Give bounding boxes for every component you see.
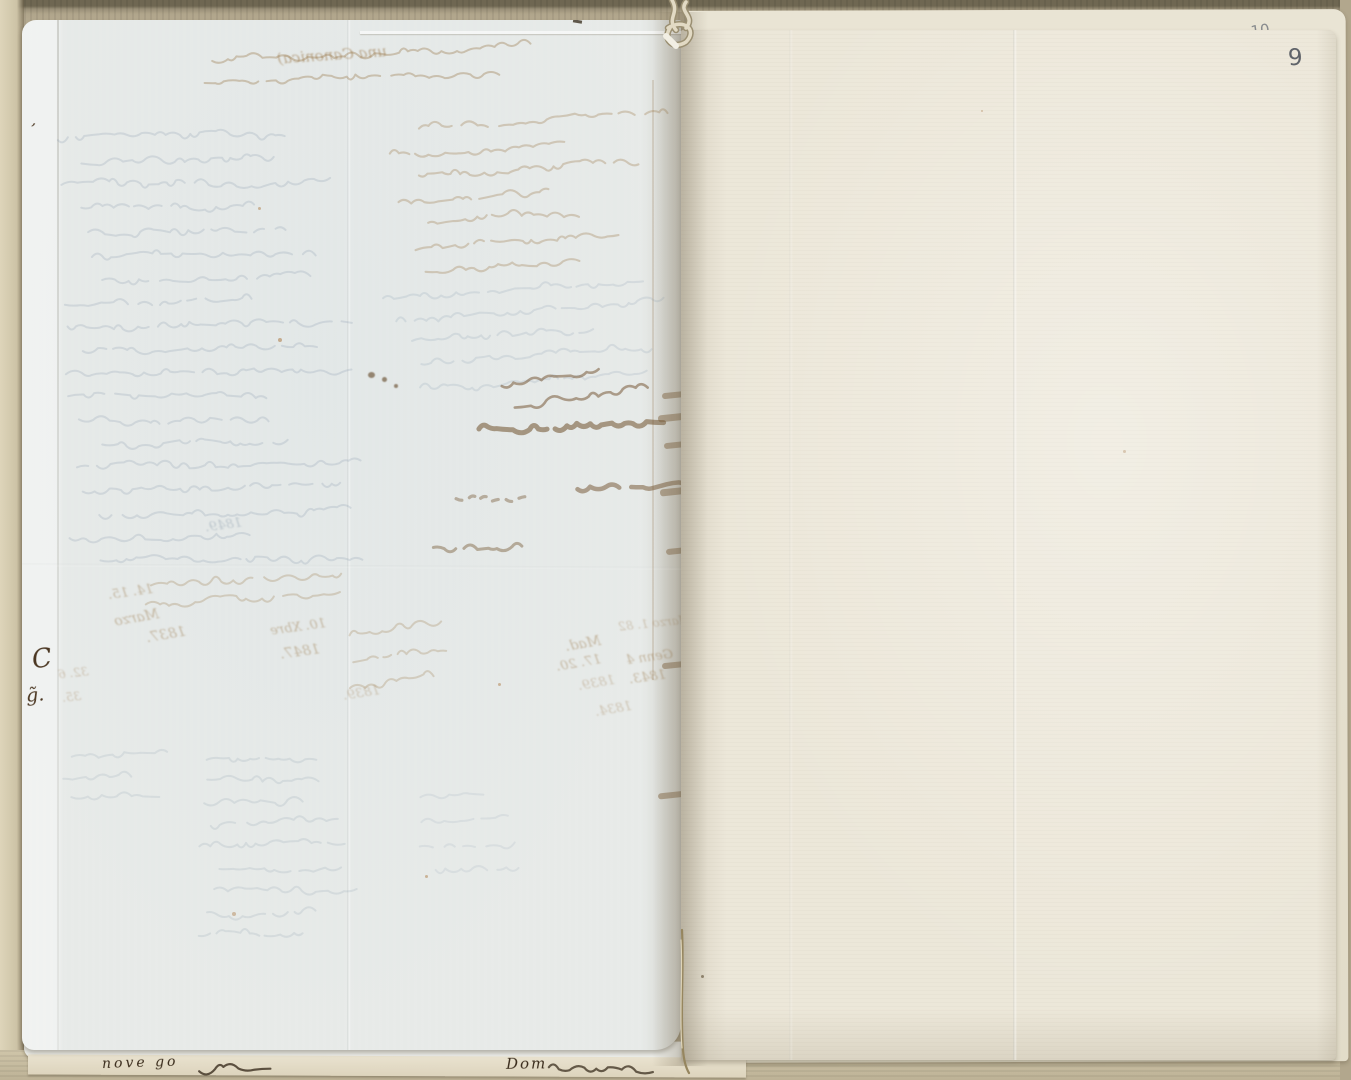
fold-smudge (658, 790, 681, 799)
foxing-spot (425, 875, 428, 878)
left-page: una Canonica) 1849. 14. 15. Marzo 1837. … (22, 20, 681, 1050)
under-sheet-script-sliver: nove go Dom (28, 1054, 746, 1077)
margin-ink-c-mark: C (30, 643, 54, 675)
foxing-spot (981, 110, 983, 112)
ink-blot (382, 377, 387, 382)
book-edge-left (0, 0, 24, 1080)
binding-thread-bottom (676, 930, 694, 1075)
fold-smudge (666, 547, 681, 555)
bleed-table-token: 17. 20. (555, 652, 602, 675)
ink-blot (394, 384, 398, 388)
bleed-margin-bits (57, 738, 179, 808)
scanned-manuscript-spread: 10 nove go Dom una Canonica) 1849. 14. 1 (0, 0, 1351, 1080)
bleed-right-column-tan (384, 94, 675, 281)
bleed-table-token: 10. Xbre (269, 616, 327, 639)
page-number: 9 (1287, 45, 1303, 72)
bleed-table-token: Marzo (113, 606, 160, 630)
ink-dash-row (442, 490, 570, 508)
ink-streak-1 (446, 410, 681, 445)
bleed-table-token: Marzo 1. 82 (617, 612, 681, 634)
foxing-spot (278, 338, 282, 342)
ink-blot (368, 372, 375, 378)
bleed-table-token: 1843. (628, 667, 667, 687)
right-page: 9 (681, 30, 1336, 1060)
foxing-spot (232, 912, 236, 916)
bleed-table-token: 1837. (145, 624, 187, 647)
under-sheet-writing-left: nove go (102, 1054, 179, 1072)
foxing-spot (258, 207, 261, 210)
speck (701, 975, 704, 978)
bleed-margin-figure: 32. 6 (57, 664, 89, 681)
fold-smudge (664, 441, 681, 449)
under-sheet-writing-right: Dom (506, 1054, 548, 1073)
bleed-lower-stray (415, 775, 528, 881)
foxing-spot (1123, 450, 1126, 453)
binding-cord-knot (650, 0, 714, 64)
bleed-left-column (56, 118, 354, 571)
top-ink-dash (573, 20, 582, 24)
margin-ink-g-mark: g̃. (25, 683, 45, 707)
margin-ink-comma: ’ (28, 120, 36, 139)
bleed-table-token: 1834. (594, 699, 633, 720)
fold-smudge (662, 391, 681, 400)
under-sheet-scrawl-right (548, 1061, 663, 1076)
right-page-crease-faint (789, 30, 793, 1060)
ink-streak-2 (560, 471, 681, 501)
right-page-crease-main (1013, 30, 1017, 1060)
foxing-spot (498, 683, 501, 686)
bleed-table-token: 1847. (279, 641, 321, 662)
bleed-lower-grey-column (194, 741, 357, 944)
bleed-table-token: 1839. (577, 673, 616, 694)
bleed-header-lines (199, 31, 591, 95)
under-sheet-scrawl-left (193, 1062, 313, 1079)
bleed-margin-figure: 35. (61, 689, 81, 705)
